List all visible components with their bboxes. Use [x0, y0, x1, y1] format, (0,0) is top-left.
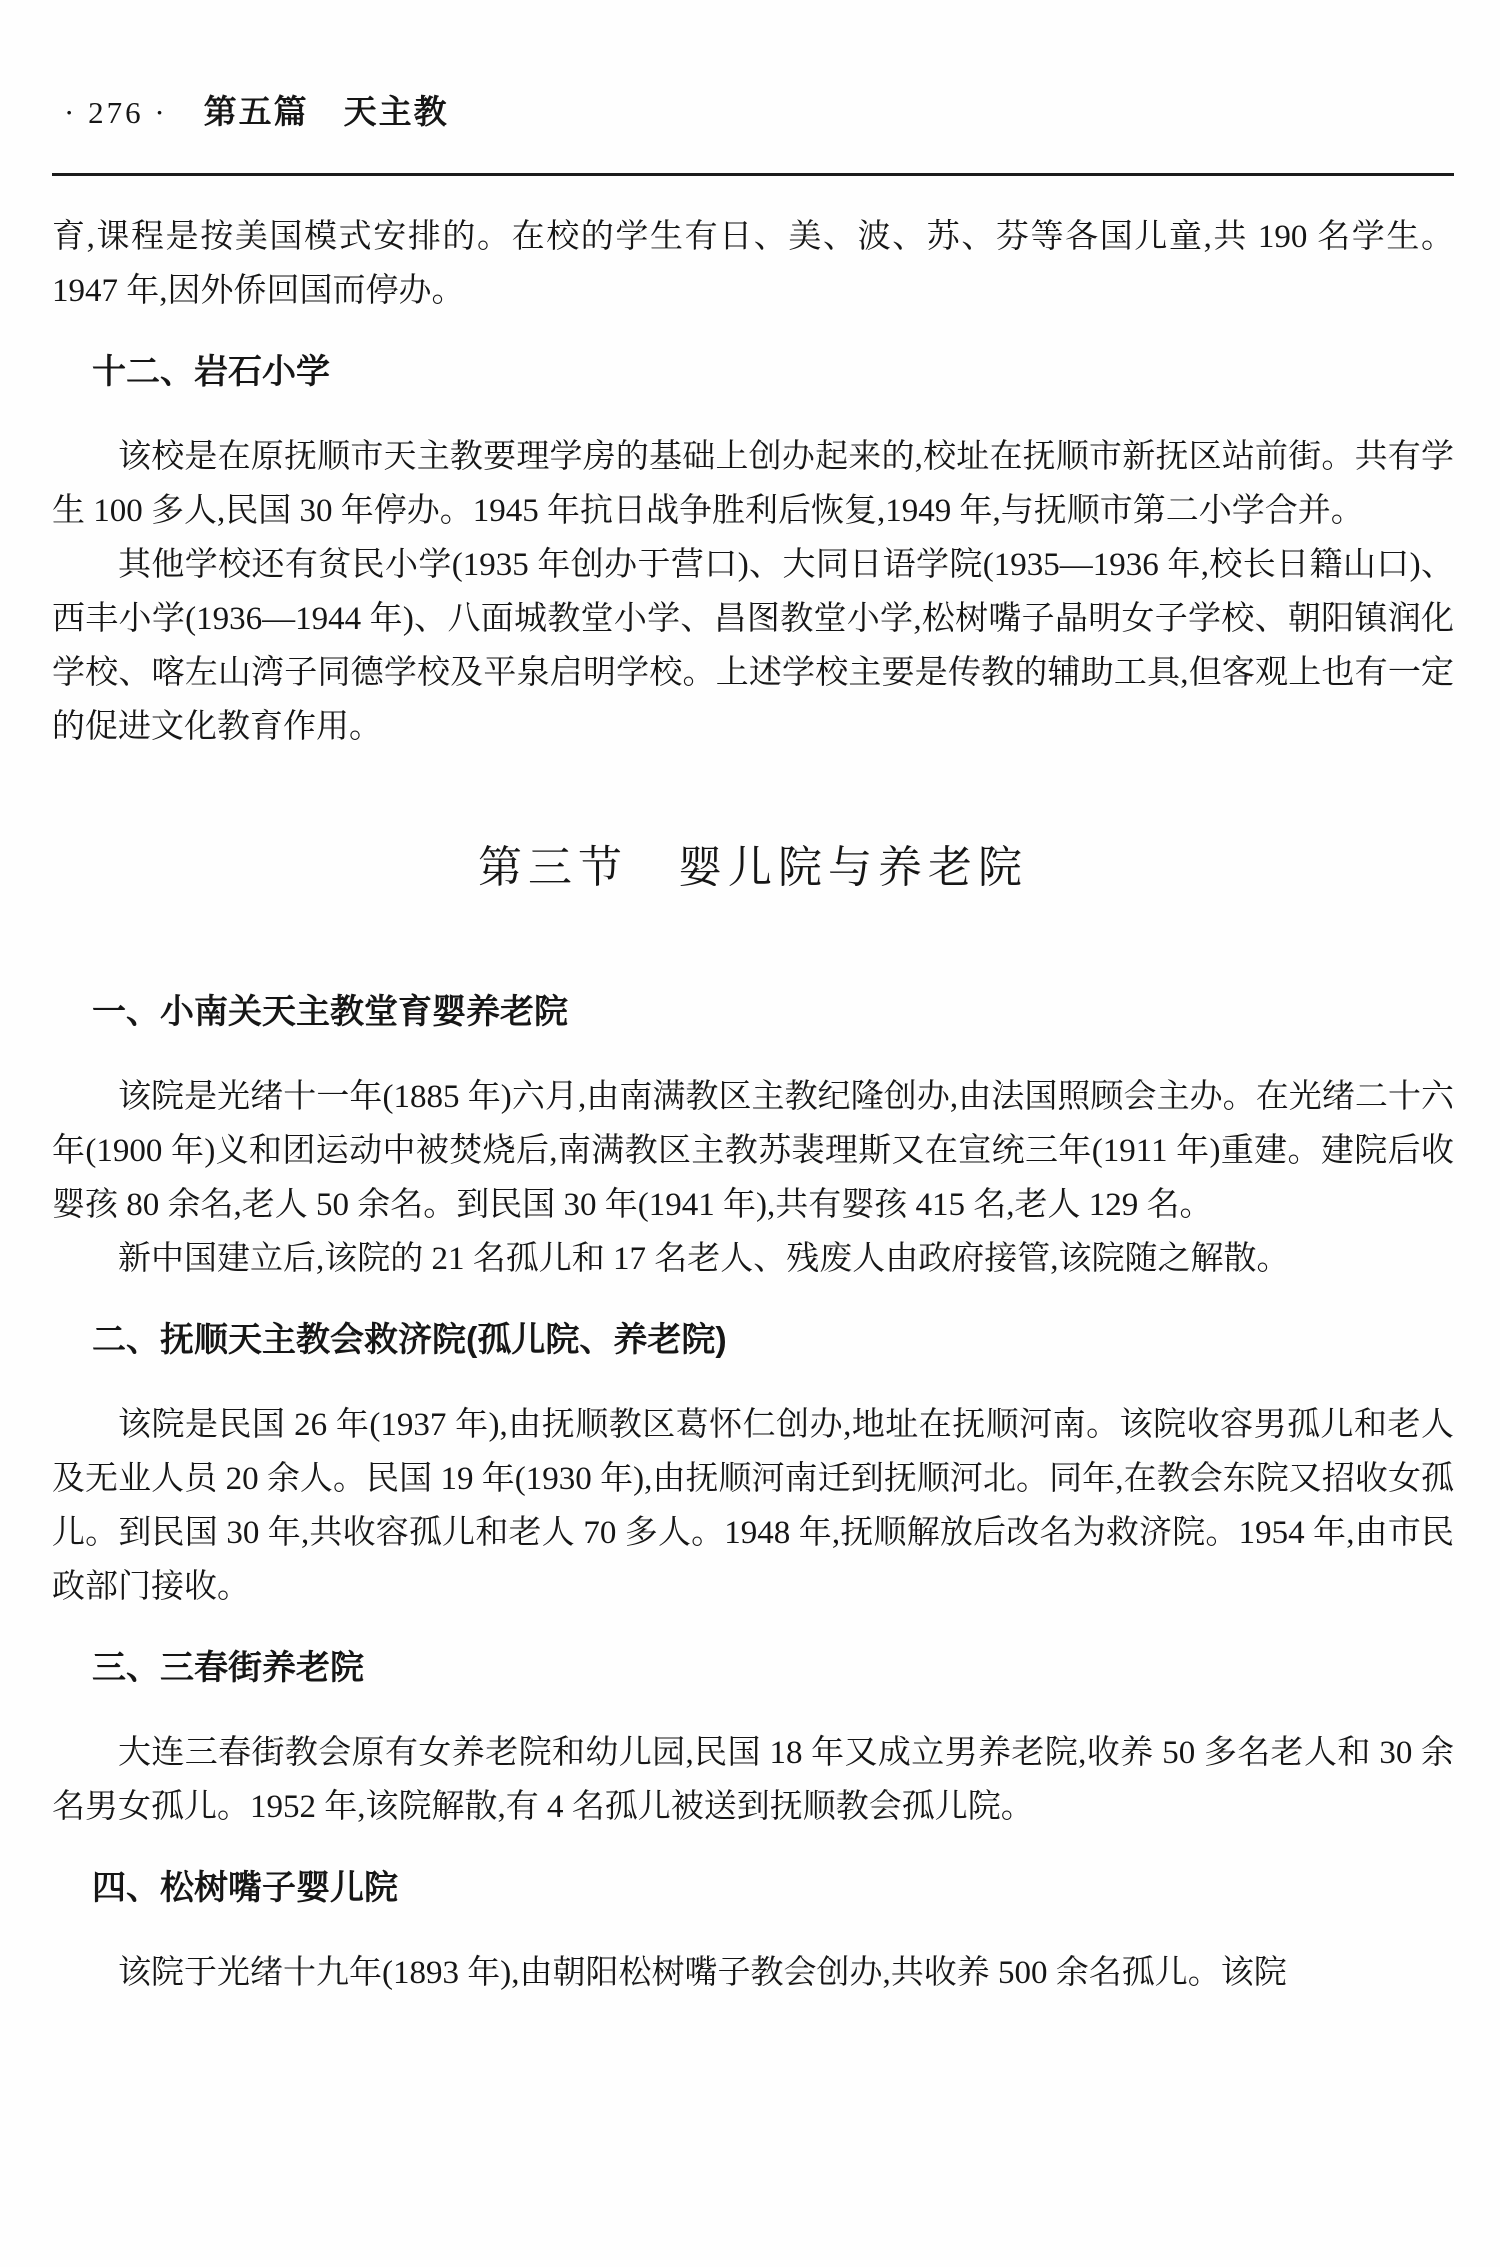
subsection-heading-12: 十二、岩石小学 — [52, 348, 1454, 396]
page-header: · 276 · 第五篇 天主教 — [52, 86, 1454, 133]
header-rule — [52, 173, 1454, 176]
paragraph: 其他学校还有贫民小学(1935 年创办于营口)、大同日语学院(1935—1936… — [52, 538, 1454, 754]
paragraph: 大连三春街教会原有女养老院和幼儿园,民国 18 年又成立男养老院,收养 50 多… — [52, 1726, 1454, 1834]
paragraph: 该院是光绪十一年(1885 年)六月,由南满教区主教纪隆创办,由法国照顾会主办。… — [52, 1070, 1454, 1232]
paragraph: 该院于光绪十九年(1893 年),由朝阳松树嘴子教会创办,共收养 500 余名孤… — [52, 1946, 1454, 2000]
book-page: · 276 · 第五篇 天主教 育,课程是按美国模式安排的。在校的学生有日、美、… — [0, 0, 1500, 2267]
section-title: 第三节 婴儿院与养老院 — [52, 838, 1454, 898]
subsection-heading-4: 四、松树嘴子婴儿院 — [52, 1864, 1454, 1912]
page-body: 育,课程是按美国模式安排的。在校的学生有日、美、波、苏、芬等各国儿童,共 190… — [52, 210, 1454, 2000]
subsection-heading-3: 三、三春街养老院 — [52, 1644, 1454, 1692]
subsection-heading-1: 一、小南关天主教堂育婴养老院 — [52, 988, 1454, 1036]
paragraph: 新中国建立后,该院的 21 名孤儿和 17 名老人、残废人由政府接管,该院随之解… — [52, 1232, 1454, 1286]
paragraph: 该校是在原抚顺市天主教要理学房的基础上创办起来的,校址在抚顺市新抚区站前街。共有… — [52, 430, 1454, 538]
paragraph-continuation: 育,课程是按美国模式安排的。在校的学生有日、美、波、苏、芬等各国儿童,共 190… — [52, 210, 1454, 318]
page-number: · 276 · — [64, 95, 168, 131]
paragraph: 该院是民国 26 年(1937 年),由抚顺教区葛怀仁创办,地址在抚顺河南。该院… — [52, 1398, 1454, 1614]
part-title: 第五篇 天主教 — [204, 86, 449, 133]
subsection-heading-2: 二、抚顺天主教会救济院(孤儿院、养老院) — [52, 1316, 1454, 1364]
